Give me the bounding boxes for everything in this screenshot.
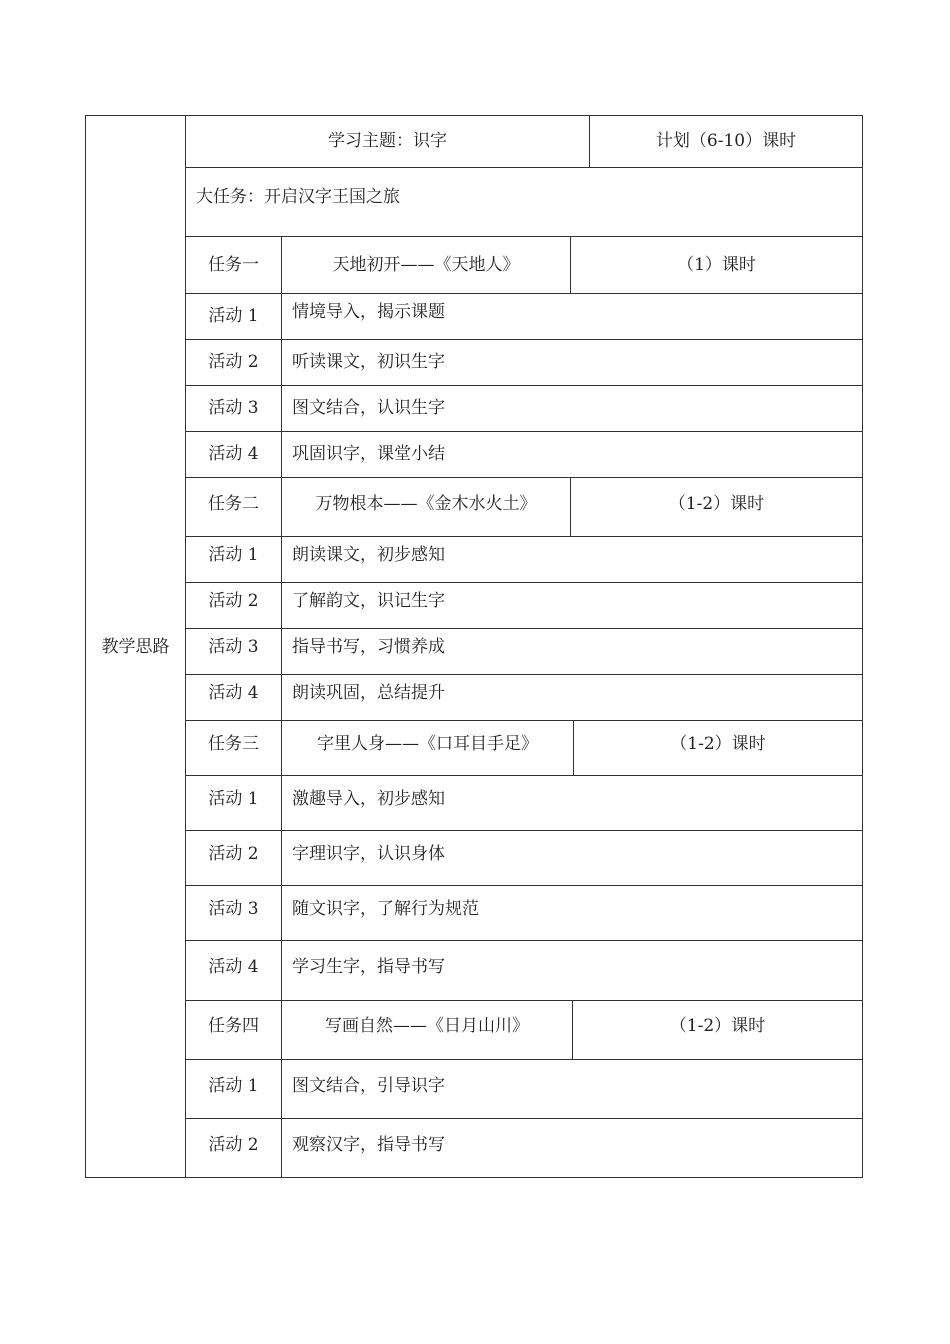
activity-label: 活动 1: [186, 294, 281, 339]
activity-text: 指导书写，习惯养成: [282, 629, 862, 665]
activity-text: 随文识字，了解行为规范: [282, 886, 862, 932]
activity-label: 活动 3: [186, 886, 281, 932]
activity-text: 了解韵文，识记生字: [282, 583, 862, 619]
task-title: 万物根本——《金木水火土》: [282, 478, 570, 530]
activity-label: 活动 1: [186, 1060, 281, 1112]
activity-label: 活动 2: [186, 583, 281, 619]
task-hours: （1-2）课时: [574, 721, 862, 767]
theme-cell: 学习主题：识字: [186, 116, 589, 167]
activity-label: 活动 2: [186, 831, 281, 877]
table-border-bottom: [85, 1177, 863, 1178]
section-label: 教学思路: [86, 116, 185, 1178]
activity-text: 朗读课文，初步感知: [282, 537, 862, 573]
activity-label: 活动 4: [186, 941, 281, 993]
activity-text: 观察汉字，指导书写: [282, 1119, 862, 1171]
activity-text: 学习生字，指导书写: [282, 941, 862, 993]
activity-text: 激趣导入，初步感知: [282, 776, 862, 822]
activity-text: 听读课文，初识生字: [282, 340, 862, 385]
big-task-cell: 大任务：开启汉字王国之旅: [186, 168, 862, 236]
task-label: 任务四: [186, 1001, 281, 1051]
task-title: 天地初开——《天地人》: [282, 237, 570, 293]
task-label: 任务一: [186, 237, 281, 293]
task-label: 任务二: [186, 478, 281, 530]
activity-label: 活动 4: [186, 432, 281, 477]
activity-text: 朗读巩固，总结提升: [282, 675, 862, 711]
activity-label: 活动 1: [186, 776, 281, 822]
table-border-right: [862, 115, 863, 1178]
activity-label: 活动 2: [186, 340, 281, 385]
task-title: 字里人身——《口耳目手足》: [282, 721, 573, 767]
task-hours: （1）课时: [571, 237, 862, 293]
activity-text: 字理识字，认识身体: [282, 831, 862, 877]
task-label: 任务三: [186, 721, 281, 767]
task-title: 写画自然——《日月山川》: [282, 1001, 572, 1051]
task-hours: （1-2）课时: [573, 1001, 862, 1051]
activity-label: 活动 4: [186, 675, 281, 711]
activity-label: 活动 3: [186, 386, 281, 431]
activity-text: 巩固识字，课堂小结: [282, 432, 862, 477]
plan-hours-cell: 计划（6-10）课时: [590, 116, 862, 167]
activity-label: 活动 3: [186, 629, 281, 665]
activity-text: 情境导入，揭示课题: [282, 294, 862, 339]
task-hours: （1-2）课时: [571, 478, 862, 530]
activity-text: 图文结合，认识生字: [282, 386, 862, 431]
activity-label: 活动 1: [186, 537, 281, 573]
activity-label: 活动 2: [186, 1119, 281, 1171]
activity-text: 图文结合，引导识字: [282, 1060, 862, 1112]
